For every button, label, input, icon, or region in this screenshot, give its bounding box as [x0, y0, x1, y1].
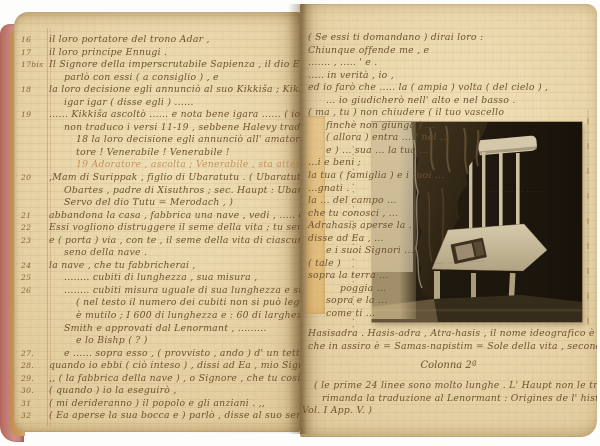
manuscript-line: 29. ,, ( la fabbrica della nave ) , o Si…	[14, 373, 300, 386]
manuscript-line: Chiunque offende me , e	[300, 45, 592, 58]
manuscript-line: ..... in verità , io ,	[300, 70, 592, 83]
line-text: ( Se essi ti domandano ) dirai loro :	[308, 32, 483, 43]
line-text: Essi vogliono distruggere il seme della …	[49, 222, 300, 233]
manuscript-line: 26 ........ cubiti misura uguale di sua …	[14, 285, 300, 298]
line-text: ...... Kikkiša ascoltò ...... e nota ben…	[49, 109, 300, 120]
manuscript-line: e i suoi Signori ...	[300, 245, 592, 258]
line-text: abbandona la casa , fabbrica una nave , …	[49, 210, 300, 221]
manuscript-line: Servo del dio Tutu = Merodach , )	[14, 197, 300, 210]
line-text: finchè non giunga ) ...	[326, 120, 435, 131]
manuscript-line: 27. e ...... sopra esso , ( provvisto , …	[14, 348, 300, 361]
right-margin-rule	[587, 110, 589, 324]
manuscript-line: 21 abbandona la casa , fabbrica una nave…	[14, 210, 300, 223]
line-text: e ( porta ) via , con te , il seme della…	[49, 235, 300, 246]
right-page: .... ......... ....... .... ......... ..…	[300, 4, 597, 437]
line-text: Smith e approvati dal Lenormant , ......…	[64, 323, 267, 334]
manuscript-line: 30. ( quando ) io la eseguirò ,	[14, 385, 300, 398]
line-number: 30.	[21, 386, 47, 395]
line-text: ( quando ) io la eseguirò ,	[49, 385, 177, 396]
manuscript-line: ( Se essi ti domandano ) dirai loro :	[300, 32, 592, 45]
manuscript-line: e lo Bishp ( ? )	[14, 335, 300, 348]
line-text: parlò con essi ( a consiglio ) , e	[64, 72, 219, 83]
line-text: ........ cubiti di lunghezza , sua misur…	[64, 272, 257, 283]
manuscript-line: 18 la loro decisione egli annunciò al su…	[14, 84, 300, 97]
line-text: ed io farò che ..... la ( ampia ) volta …	[308, 82, 548, 93]
manuscript-line: sopra la terra ...	[300, 270, 592, 283]
line-number: 22	[21, 223, 47, 232]
left-page-lines: 16 il loro portatore del trono Adar , 17…	[14, 34, 300, 423]
line-text: il loro portatore del trono Adar ,	[49, 34, 210, 45]
manuscript-line: ed io farò che ..... la ( ampia ) volta …	[300, 82, 592, 95]
manuscript-line: 19 ...... Kikkiša ascoltò ...... e nota …	[14, 109, 300, 122]
line-text: ...i e beni ;	[308, 157, 361, 168]
line-text: ...gnati .	[308, 183, 349, 194]
note-line: rimanda la traduzione al Lenormant : Ori…	[322, 393, 595, 404]
line-text: Il Signore della imperscrutabile Sapienz…	[49, 59, 300, 70]
manuscript-line: 19 Adoratore , ascolta ; Venerabile , st…	[14, 159, 300, 172]
line-number: 17	[21, 48, 47, 57]
manuscript-line: 22 Essi vogliono distruggere il seme del…	[14, 222, 300, 235]
manuscript-line: 17bis Il Signore della imperscrutabile S…	[14, 59, 300, 72]
line-text: ....... , ..... ' e .	[308, 57, 377, 68]
line-number: 24	[21, 261, 47, 270]
line-text: ( Ea aperse la sua bocca e ) parlò , dis…	[49, 410, 300, 421]
line-text: Servo del dio Tutu = Merodach , )	[64, 197, 233, 208]
line-text: e i suoi Signori ...	[326, 245, 414, 256]
line-text: quando io ebbi ( ciò inteso ) , dissi ad…	[49, 360, 300, 371]
manuscript-line: 23 e ( porta ) via , con te , il seme de…	[14, 235, 300, 248]
line-text: ( ma , tu ) non chiudere ( il tuo vascel…	[308, 107, 504, 118]
manuscript-line: la ... del campo ...	[300, 195, 592, 208]
line-text: ( tale )	[308, 258, 341, 269]
line-text: e ...... sopra esso , ( provvisto , ando…	[64, 348, 300, 359]
line-number: 23	[21, 236, 47, 245]
manuscript-line: 31 ( mi derideranno ) il popolo e gli an…	[14, 398, 300, 411]
manuscript-line: igar igar ( disse egli ) ......	[14, 97, 300, 110]
caption-line: Hasisadra . Hasis-adra , Atra-hasis , il…	[308, 328, 595, 339]
line-number: 21	[21, 211, 47, 220]
line-text: ,, ( la fabbrica della nave ) , o Signor…	[49, 373, 300, 384]
manuscript-line: ( ma , tu ) non chiudere ( il tuo vascel…	[300, 107, 592, 120]
line-text: tore ! Venerabile ! Venerabile !	[76, 147, 230, 158]
line-text: seno della nave .	[64, 247, 147, 258]
column-heading: Colonna 2ª	[300, 360, 597, 371]
manuscript-line: la tua ( famiglia ) e i tuoi ...	[300, 170, 592, 183]
line-text: ,Mam di Surippak , figlio di Ubaratutu .…	[49, 172, 300, 183]
manuscript-line: ( nel testo il numero dei cubiti non si …	[14, 297, 300, 310]
manuscript-line: ... io giudicherò nell' alto e nel basso…	[300, 95, 592, 108]
line-text: la tua ( famiglia ) e i tuoi ...	[308, 170, 445, 181]
line-number: 25	[21, 273, 47, 282]
manuscript-line: 20 ,Mam di Surippak , figlio di Ubaratut…	[14, 172, 300, 185]
line-text: disse ad Ea , ...	[308, 233, 384, 244]
line-text: la loro decisione egli annunciò al suo K…	[49, 84, 300, 95]
line-number: 26	[21, 286, 47, 295]
manuscript-line: non traduco i versi 11-19 , sebbene Hale…	[14, 122, 300, 135]
line-number: 19	[21, 110, 47, 119]
manuscript-line: 32 ( Ea aperse la sua bocca e ) parlò , …	[14, 410, 300, 423]
line-text: il loro principe Ennugi .	[49, 47, 167, 58]
manuscript-line: seno della nave .	[14, 247, 300, 260]
manuscript-line: tore ! Venerabile ! Venerabile !	[14, 147, 300, 160]
manuscript-line: ( tale )	[300, 258, 592, 271]
line-number: 32	[21, 411, 47, 420]
manuscript-line: 24 la nave , che tu fabbricherai ,	[14, 260, 300, 273]
line-text: poggia ...	[340, 283, 386, 294]
manuscript-line: come ti ...	[300, 308, 592, 321]
manuscript-line: Smith e approvati dal Lenormant , ......…	[14, 323, 300, 336]
line-text: ( allora ) entra ... ( nel ...	[326, 132, 450, 143]
manuscript-line: finchè non giunga ) ...	[300, 120, 592, 133]
line-text: ..... in verità , io ,	[308, 70, 394, 81]
manuscript-line: ....... , ..... ' e .	[300, 57, 592, 70]
notebook-scan: 16 il loro portatore del trono Adar , 17…	[0, 0, 600, 446]
line-text: Chiunque offende me , e	[308, 45, 429, 56]
line-number: 29.	[21, 374, 47, 383]
caption-line: che in assiro è = Samas-napistim = Sole …	[308, 341, 595, 352]
line-text: che tu conosci , ...	[308, 208, 398, 219]
line-text: è mutilo ; I 600 di lunghezza e : 60 di …	[76, 310, 300, 321]
left-page: 16 il loro portatore del trono Adar , 17…	[14, 12, 300, 432]
line-text: 19 Adoratore , ascolta ; Venerabile , st…	[76, 159, 300, 170]
line-number: 18	[21, 85, 47, 94]
manuscript-line: ...i e beni ;	[300, 157, 592, 170]
manuscript-line: poggia ...	[300, 283, 592, 296]
manuscript-line: parlò con essi ( a consiglio ) , e	[14, 72, 300, 85]
manuscript-line: che tu conosci , ...	[300, 208, 592, 221]
manuscript-line: 18 la loro decisione egli annunciò all' …	[14, 134, 300, 147]
line-number: 28.	[21, 361, 47, 370]
line-text: ........ cubiti misura uguale di sua lun…	[64, 285, 300, 296]
manuscript-line: 16 il loro portatore del trono Adar ,	[14, 34, 300, 47]
line-text: sopra la terra ...	[308, 270, 389, 281]
line-number: 20	[21, 173, 47, 182]
line-text: non traduco i versi 11-19 , sebbene Hale…	[64, 122, 300, 133]
line-text: 18 la loro decisione egli annunciò all' …	[76, 134, 300, 145]
manuscript-line: Obartes , padre di Xisuthros ; sec. Haup…	[14, 185, 300, 198]
line-number: 17bis	[21, 60, 47, 69]
line-text: e lo Bishp ( ? )	[76, 335, 148, 346]
manuscript-line: disse ad Ea , ...	[300, 233, 592, 246]
note-line: Vol. I App. V. )	[302, 405, 595, 416]
line-text: ( nel testo il numero dei cubiti non si …	[76, 297, 300, 308]
manuscript-line: ...gnati .	[300, 183, 592, 196]
line-number: 31	[21, 399, 47, 408]
manuscript-line: 25 ........ cubiti di lunghezza , sua mi…	[14, 272, 300, 285]
line-text: la ... del campo ...	[308, 195, 397, 206]
line-text: e ) ... sua ... la tua ...	[326, 145, 429, 156]
manuscript-line: 17 il loro principe Ennugi .	[14, 47, 300, 60]
note-line: ( le prime 24 linee sono molto lunghe . …	[314, 380, 595, 391]
line-text: Adrahasis aperse la ...	[308, 220, 418, 231]
line-text: la nave , che tu fabbricherai ,	[49, 260, 196, 271]
manuscript-line: ( allora ) entra ... ( nel ...	[300, 132, 592, 145]
line-text: ( mi derideranno ) il popolo e gli anzia…	[49, 398, 265, 409]
manuscript-line: è mutilo ; I 600 di lunghezza e : 60 di …	[14, 310, 300, 323]
manuscript-line: e ) ... sua ... la tua ...	[300, 145, 592, 158]
line-text: Obartes , padre di Xisuthros ; sec. Haup…	[64, 185, 300, 196]
manuscript-line: Adrahasis aperse la ...	[300, 220, 592, 233]
line-number: 27.	[21, 349, 47, 358]
line-text: igar igar ( disse egli ) ......	[64, 97, 194, 108]
line-text: sopra e la ...	[326, 295, 388, 306]
manuscript-line: 28. quando io ebbi ( ciò inteso ) , diss…	[14, 360, 300, 373]
line-text: ... io giudicherò nell' alto e nel basso…	[326, 95, 516, 106]
line-text: come ti ...	[326, 308, 375, 319]
manuscript-line: sopra e la ...	[300, 295, 592, 308]
right-page-lines: ( Se essi ti domandano ) dirai loro : Ch…	[300, 32, 592, 321]
line-number: 16	[21, 35, 47, 44]
